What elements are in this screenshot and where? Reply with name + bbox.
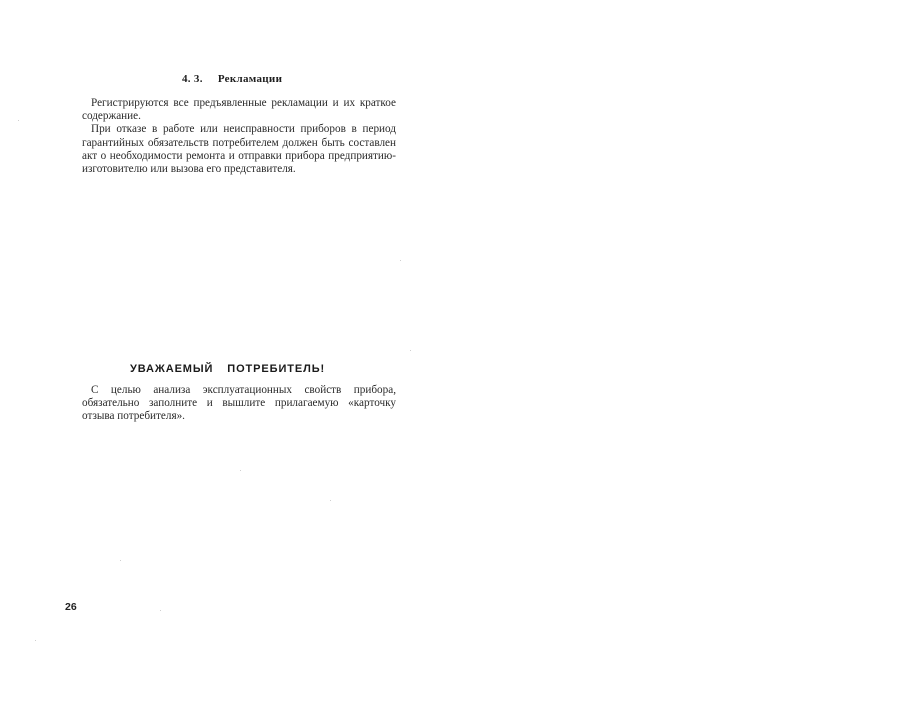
appeal-heading: УВАЖАЕМЫЙ ПОТРЕБИТЕЛЬ! — [130, 363, 325, 375]
section-body: Регистрируются все предъявленные реклама… — [82, 97, 396, 176]
document-page: 4. 3. Рекламации Регистрируются все пред… — [0, 0, 900, 713]
scan-speck — [410, 350, 411, 351]
scan-speck — [18, 120, 19, 121]
section-title: Рекламации — [218, 73, 282, 85]
paragraph-failure-procedure: При отказе в работе или неисправности пр… — [82, 123, 396, 176]
section-heading: 4. 3. Рекламации — [182, 73, 282, 85]
appeal-body: С целью анализа эксплуатационных свойств… — [82, 384, 396, 424]
scan-speck — [400, 260, 401, 261]
scan-speck — [240, 470, 241, 471]
scan-speck — [160, 610, 161, 611]
paragraph-feedback-card: С целью анализа эксплуатационных свойств… — [82, 384, 396, 424]
scan-speck — [35, 640, 36, 641]
page-number: 26 — [65, 601, 77, 613]
scan-speck — [120, 560, 121, 561]
paragraph-registration: Регистрируются все предъявленные реклама… — [82, 97, 396, 123]
section-number: 4. 3. — [182, 73, 203, 85]
scan-speck — [330, 500, 331, 501]
